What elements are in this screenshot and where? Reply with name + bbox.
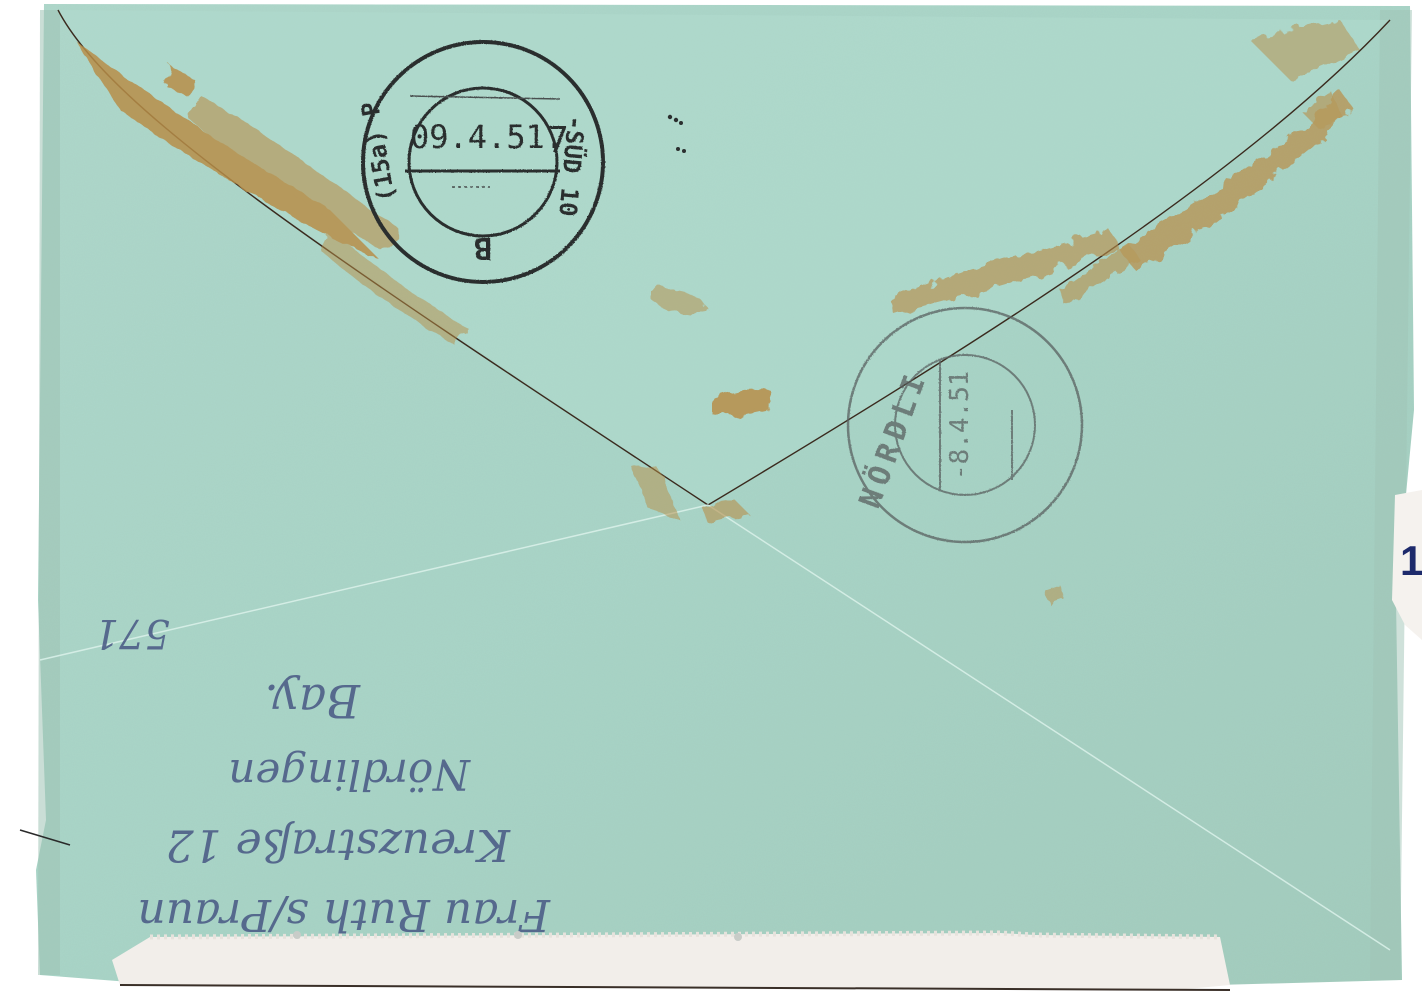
handwriting-line-5: 571 [94, 610, 170, 656]
envelope-artwork: 09.4.51. 7 B (15a) P -SÜD 10 -8.4.51 NÖR… [0, 0, 1422, 1000]
edge-label-number: 1 [1400, 537, 1422, 584]
handwriting-line-1: Frau Ruth s/Praun [137, 889, 551, 940]
postmark-right-date: -8.4.51 [945, 370, 975, 480]
handwriting-line-4: Bay. [264, 674, 361, 728]
handwriting-line-2: Kreuzstraße 12 [166, 819, 511, 870]
bottom-tape [112, 933, 1230, 990]
handwriting-line-3: Nördlingen [228, 750, 471, 799]
postmark-top-date: 09.4.51. [410, 118, 564, 156]
envelope-scan: 09.4.51. 7 B (15a) P -SÜD 10 -8.4.51 NÖR… [0, 0, 1422, 1000]
postmark-top-letter: B [474, 230, 492, 265]
